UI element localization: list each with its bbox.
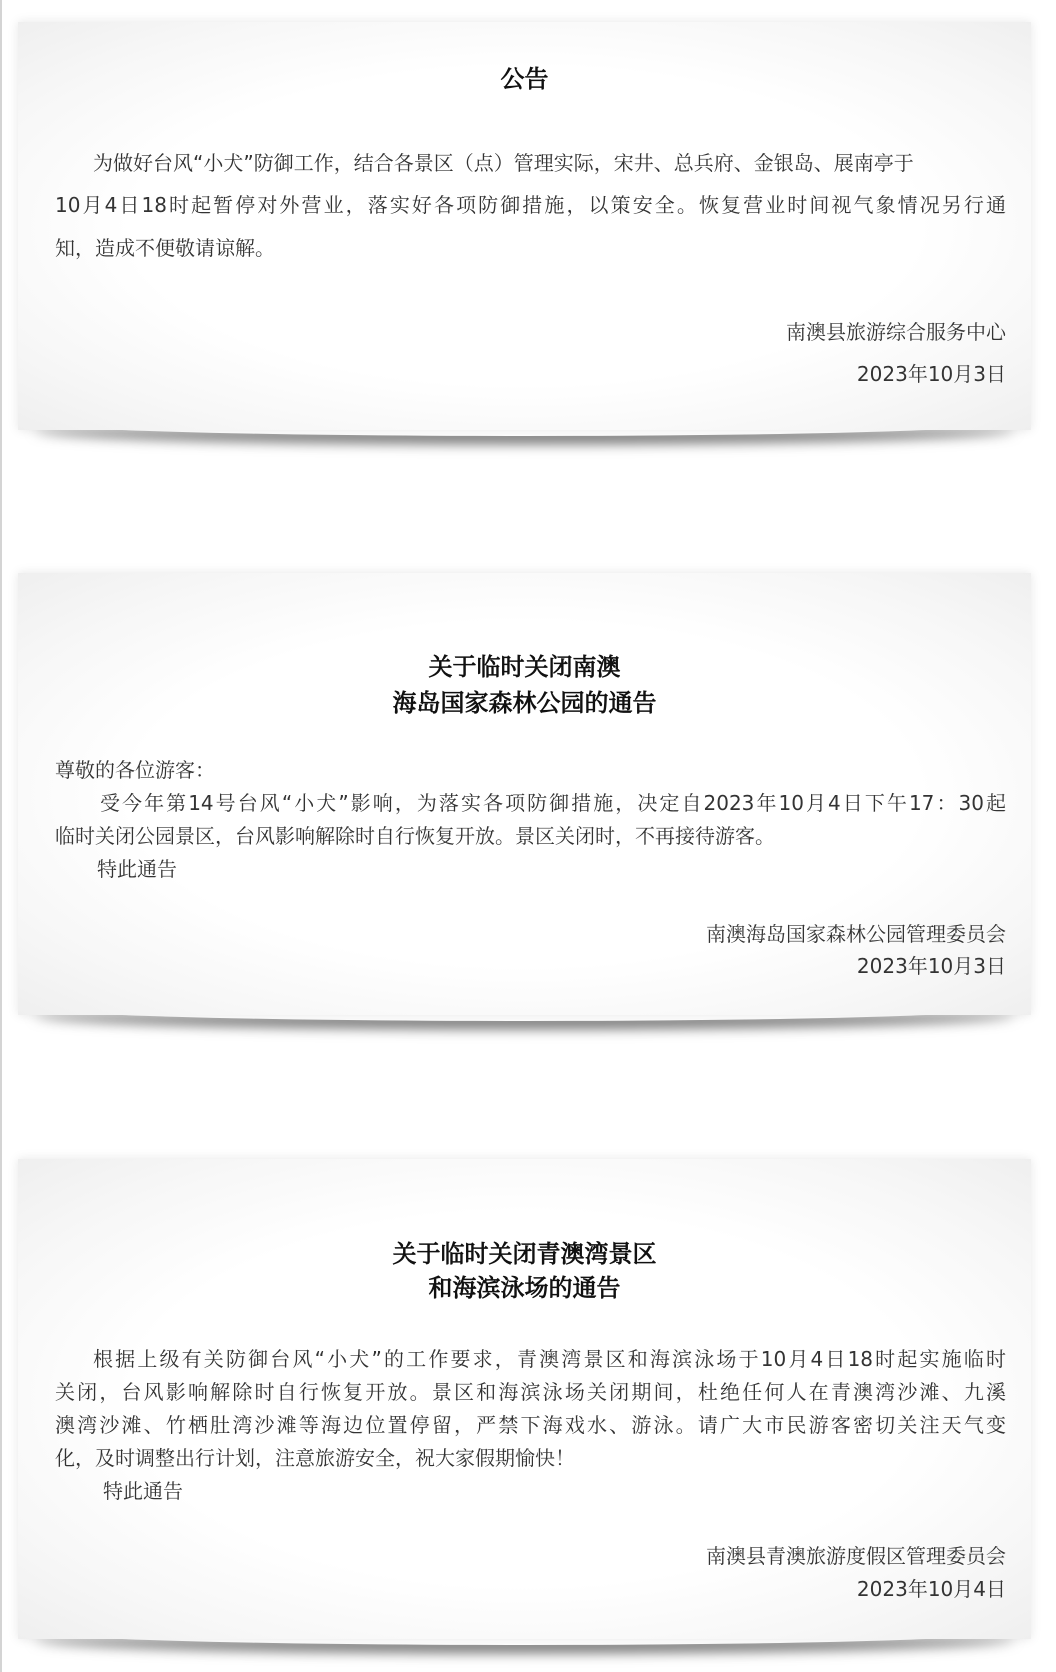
notice-salutation: 尊敬的各位游客：	[55, 757, 1006, 783]
notice-date: 2023年10月3日	[857, 361, 1006, 387]
notice-body-line: 为做好台风“小犬”防御工作，结合各景区（点）管理实际，宋井、总兵府、金银岛、展南…	[93, 150, 1006, 176]
notice-date: 2023年10月3日	[857, 953, 1006, 979]
notice-body-line: 澳湾沙滩、竹栖肚湾沙滩等海边位置停留，严禁下海戏水、游泳。请广大市民游客密切关注…	[55, 1412, 1006, 1438]
page-left-border	[0, 0, 2, 1672]
notice-title: 关于临时关闭青澳湾景区 和海滨泳场的通告	[18, 1237, 1031, 1305]
notice-issuer: 南澳海岛国家森林公园管理委员会	[706, 921, 1006, 947]
notice-closing: 特此通告	[103, 1478, 1006, 1504]
notice-card-2: 关于临时关闭南澳 海岛国家森林公园的通告 尊敬的各位游客： 受今年第14号台风“…	[18, 573, 1031, 1015]
notice-title-line: 关于临时关闭青澳湾景区	[18, 1237, 1031, 1271]
notice-title: 关于临时关闭南澳 海岛国家森林公园的通告	[18, 649, 1031, 721]
notice-title-line: 海岛国家森林公园的通告	[18, 685, 1031, 721]
notice-body-line: 临时关闭公园景区，台风影响解除时自行恢复开放。景区关闭时，不再接待游客。	[55, 823, 1006, 849]
notice-issuer: 南澳县旅游综合服务中心	[786, 319, 1006, 345]
notice-issuer: 南澳县青澳旅游度假区管理委员会	[706, 1543, 1006, 1569]
notice-date: 2023年10月4日	[857, 1576, 1006, 1602]
notice-title: 公告	[18, 62, 1031, 96]
notice-title-line: 和海滨泳场的通告	[18, 1271, 1031, 1305]
notice-body-line: 化，及时调整出行计划，注意旅游安全，祝大家假期愉快！	[55, 1445, 1006, 1471]
notice-title-line: 公告	[18, 62, 1031, 96]
notice-title-line: 关于临时关闭南澳	[18, 649, 1031, 685]
notice-body-line: 关闭，台风影响解除时自行恢复开放。景区和海滨泳场关闭期间，杜绝任何人在青澳湾沙滩…	[55, 1379, 1006, 1405]
notice-body-line: 知，造成不便敬请谅解。	[55, 235, 1006, 261]
notice-closing: 特此通告	[97, 856, 1006, 882]
notice-card-3: 关于临时关闭青澳湾景区 和海滨泳场的通告 根据上级有关防御台风“小犬”的工作要求…	[18, 1159, 1031, 1639]
notice-card-1: 公告 为做好台风“小犬”防御工作，结合各景区（点）管理实际，宋井、总兵府、金银岛…	[18, 22, 1031, 430]
notice-body-line: 受今年第14号台风“小犬”影响，为落实各项防御措施，决定自2023年10月4日下…	[100, 790, 1006, 816]
notice-body-line: 10月4日18时起暂停对外营业，落实好各项防御措施，以策安全。恢复营业时间视气象…	[55, 192, 1006, 218]
notice-body-line: 根据上级有关防御台风“小犬”的工作要求，青澳湾景区和海滨泳场于10月4日18时起…	[93, 1346, 1006, 1372]
